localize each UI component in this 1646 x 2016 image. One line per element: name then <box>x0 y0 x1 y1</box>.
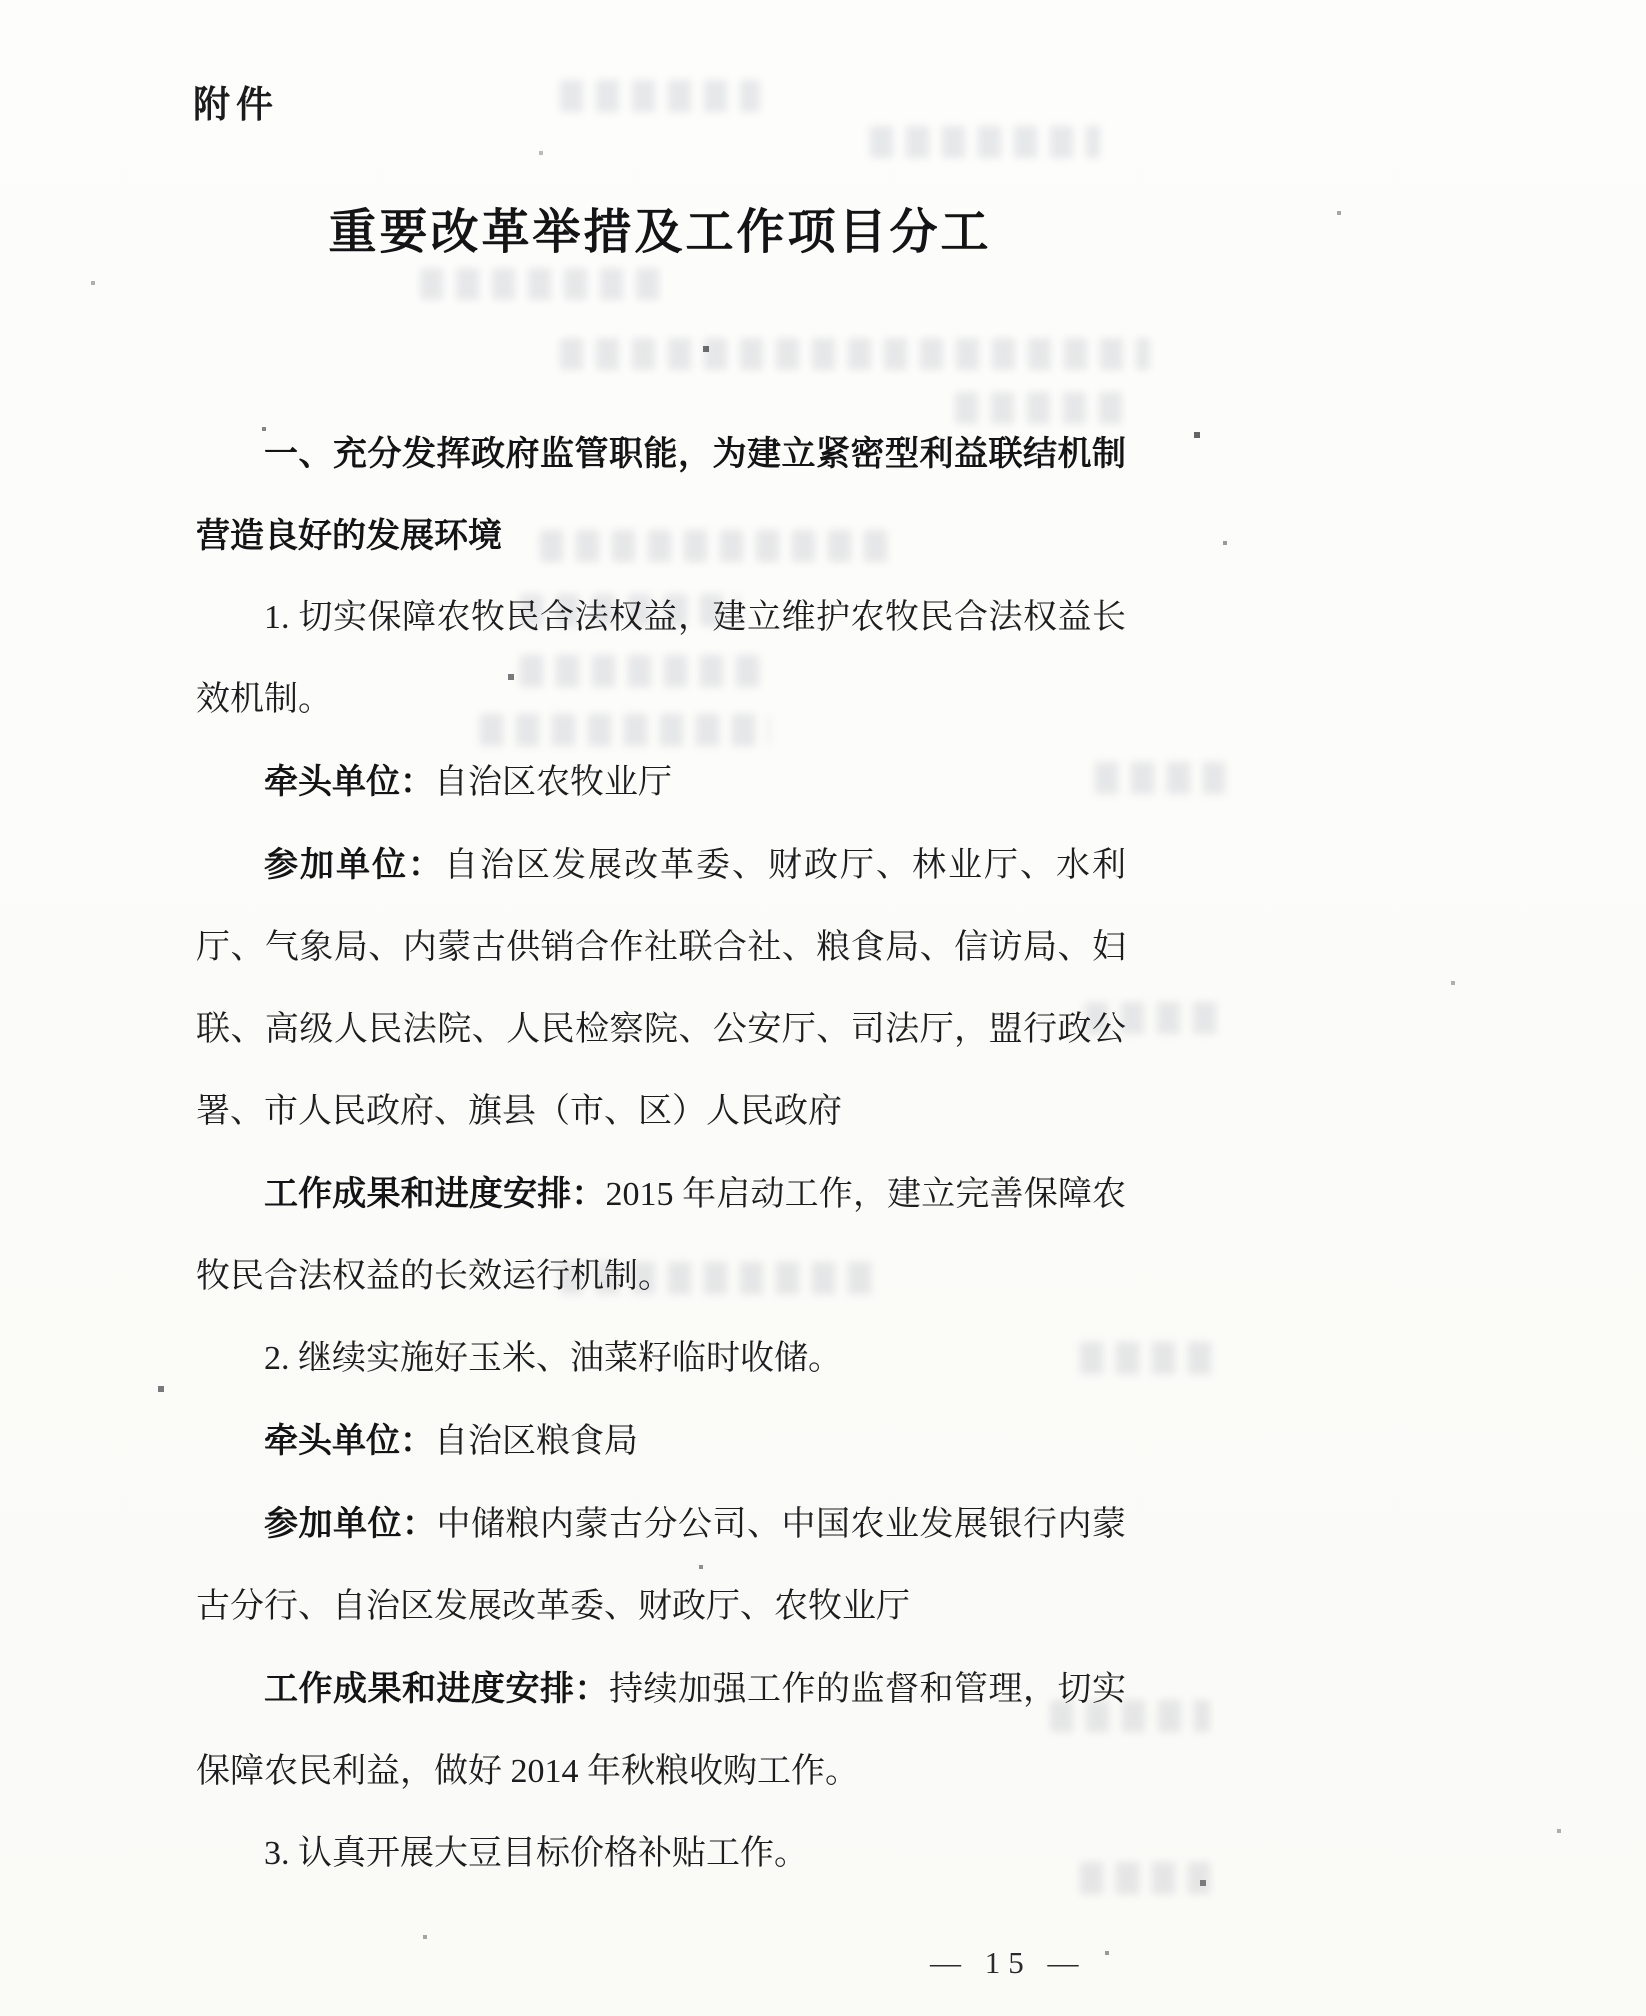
schedule-label: 工作成果和进度安排： <box>264 1175 606 1213</box>
measure-2-schedule: 工作成果和进度安排：持续加强工作的监督和管理，切实保障农民利益，做好 2014 … <box>196 1648 1126 1813</box>
schedule-label: 工作成果和进度安排： <box>264 1670 609 1708</box>
participating-units-label: 参加单位： <box>264 846 444 884</box>
measure-1-participating-units: 参加单位：自治区发展改革委、财政厅、林业厅、水利厅、气象局、内蒙古供销合作社联合… <box>196 824 1126 1153</box>
document-title: 重要改革举措及工作项目分工 <box>195 193 1125 262</box>
scanned-document-page: 附件 重要改革举措及工作项目分工 一、充分发挥政府监管职能，为建立紧密型利益联结… <box>0 0 1646 2016</box>
measure-3-text: 3. 认真开展大豆目标价格补贴工作。 <box>196 1813 1126 1895</box>
participating-units-label: 参加单位： <box>264 1505 437 1543</box>
lead-unit-label: 牵头单位： <box>264 763 434 801</box>
measure-1-schedule: 工作成果和进度安排：2015 年启动工作，建立完善保障农牧民合法权益的长效运行机… <box>196 1153 1126 1318</box>
section-1-heading: 一、充分发挥政府监管职能，为建立紧密型利益联结机制营造良好的发展环境 <box>196 413 1126 577</box>
lead-unit-value: 自治区农牧业厅 <box>434 764 672 801</box>
bleed-through-artifact <box>870 126 1100 158</box>
page-number: — 15 — <box>930 1945 1087 1981</box>
bleed-through-artifact <box>560 338 1150 370</box>
document-body: 一、充分发挥政府监管职能，为建立紧密型利益联结机制营造良好的发展环境 1. 切实… <box>196 413 1126 1895</box>
measure-2-participating-units: 参加单位：中储粮内蒙古分公司、中国农业发展银行内蒙古分行、自治区发展改革委、财政… <box>196 1483 1126 1648</box>
measure-2-lead-unit: 牵头单位：自治区粮食局 <box>196 1400 1126 1483</box>
lead-unit-label: 牵头单位： <box>264 1422 434 1460</box>
participating-units-value: 自治区发展改革委、财政厅、林业厅、水利厅、气象局、内蒙古供销合作社联合社、粮食局… <box>196 847 1126 1130</box>
measure-2-text: 2. 继续实施好玉米、油菜籽临时收储。 <box>196 1318 1126 1400</box>
bleed-through-artifact <box>420 268 670 300</box>
measure-1-lead-unit: 牵头单位：自治区农牧业厅 <box>196 741 1126 824</box>
measure-1-text: 1. 切实保障农牧民合法权益，建立维护农牧民合法权益长效机制。 <box>196 577 1126 741</box>
bleed-through-artifact <box>560 80 760 112</box>
attachment-label: 附件 <box>193 74 279 128</box>
lead-unit-value: 自治区粮食局 <box>434 1423 638 1460</box>
scan-noise-specks <box>0 0 2 2</box>
